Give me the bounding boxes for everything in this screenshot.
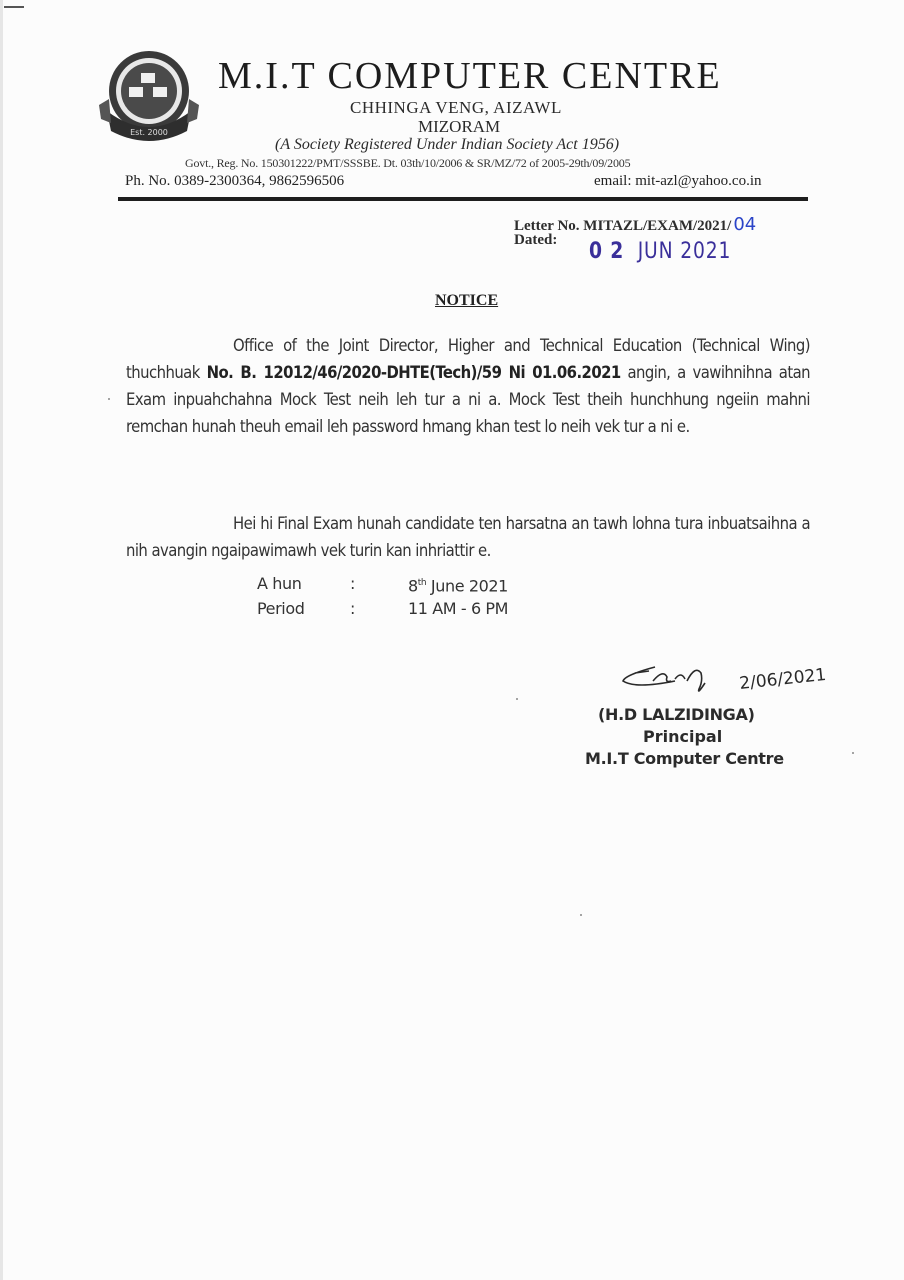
- stamp-day: 0 2: [589, 239, 624, 264]
- schedule-details: A hun : 8th June 2021 Period : 11 AM - 6…: [257, 572, 508, 620]
- scan-edge: [0, 0, 3, 1280]
- letterhead-divider: [118, 197, 808, 201]
- schedule-label: A hun: [257, 572, 350, 597]
- notice-document: Est. 2000 M.I.T COMPUTER CENTRE CHHINGA …: [0, 0, 904, 1280]
- scan-speck: [108, 398, 110, 400]
- notice-title: NOTICE: [435, 292, 498, 310]
- reference-order-number: No. B. 12012/46/2020-DHTE(Tech)/59 Ni 01…: [207, 363, 621, 382]
- schedule-value: 8th June 2021: [408, 572, 508, 597]
- scan-speck: [580, 914, 582, 916]
- schedule-separator: :: [350, 597, 408, 620]
- society-registration-note: (A Society Registered Under Indian Socie…: [275, 136, 619, 154]
- letter-number-handwritten: 04: [733, 214, 756, 235]
- organization-name: M.I.T COMPUTER CENTRE: [218, 54, 722, 98]
- signature-date: 2/06/2021: [738, 665, 827, 694]
- schedule-separator: :: [350, 572, 408, 597]
- date-stamp: 0 2 JUN 2021: [589, 239, 731, 264]
- address-line-1: CHHINGA VENG, AIZAWL: [350, 98, 562, 118]
- signature-icon: 2/06/2021: [615, 655, 845, 700]
- notice-paragraph-1: Office of the Joint Director, Higher and…: [126, 332, 810, 440]
- phone-numbers: Ph. No. 0389-2300364, 9862596506: [125, 173, 344, 190]
- schedule-label: Period: [257, 597, 350, 620]
- dated-label: Dated:: [514, 232, 557, 249]
- schedule-value: 11 AM - 6 PM: [408, 597, 508, 620]
- notice-paragraph-2: Hei hi Final Exam hunah candidate ten ha…: [126, 510, 810, 564]
- svg-text:Est. 2000: Est. 2000: [130, 128, 168, 137]
- stamp-month-year: JUN 2021: [638, 239, 732, 264]
- signatory-name: (H.D LALZIDINGA): [598, 705, 755, 724]
- email-address: email: mit-azl@yahoo.co.in: [594, 173, 762, 190]
- scan-speck: [852, 752, 854, 754]
- signatory-organization: M.I.T Computer Centre: [585, 749, 784, 768]
- signatory-title: Principal: [643, 727, 722, 746]
- registration-details: Govt., Reg. No. 150301222/PMT/SSSBE. Dt.…: [185, 156, 630, 171]
- scan-speck: [516, 698, 518, 700]
- schedule-row-period: Period : 11 AM - 6 PM: [257, 597, 508, 620]
- scan-mark: [4, 6, 24, 8]
- institute-seal-logo-icon: Est. 2000: [97, 47, 201, 151]
- address-line-2: MIZORAM: [418, 117, 500, 137]
- schedule-row-date: A hun : 8th June 2021: [257, 572, 508, 597]
